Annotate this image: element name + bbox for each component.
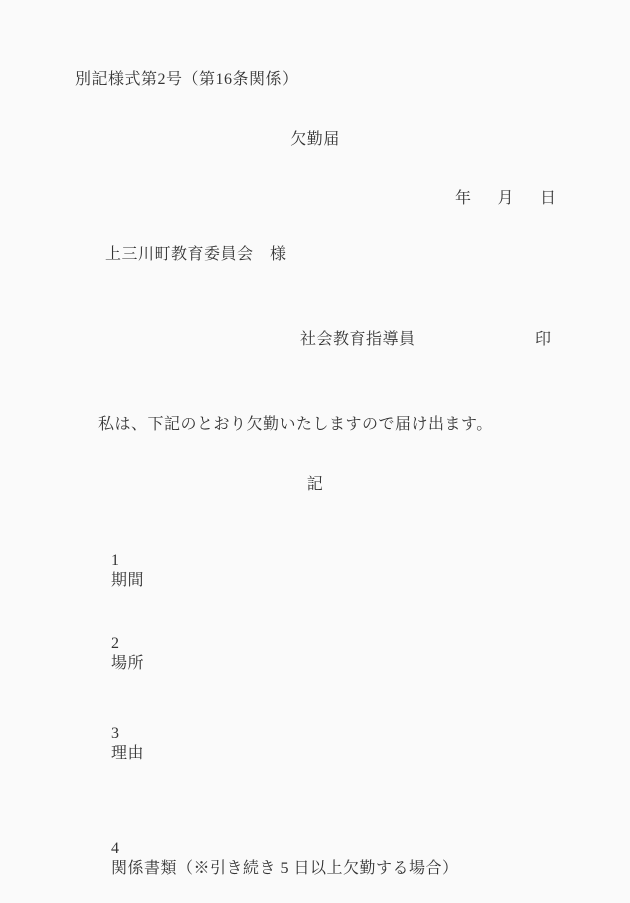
seal-placeholder: 印 <box>535 330 552 350</box>
item-number: 4 <box>111 839 136 859</box>
list-marker: 記 <box>0 475 630 495</box>
date-month-label: 月 <box>498 189 515 209</box>
signer-title: 社会教育指導員 <box>300 330 416 350</box>
absence-report-form-page: 別記様式第2号（第16条関係） 欠勤届 年 月 日 上三川町教育委員会 様 社会… <box>0 0 630 903</box>
date-day-label: 日 <box>540 189 557 209</box>
item-label: 期間 <box>111 572 144 589</box>
list-item-reason: 3 理由 <box>93 704 144 784</box>
date-year-label: 年 <box>455 189 472 209</box>
item-number: 2 <box>111 634 136 654</box>
form-title: 欠勤届 <box>0 130 630 150</box>
addressee: 上三川町教育委員会 様 <box>105 245 287 265</box>
date-line: 年 月 日 <box>455 189 557 209</box>
form-reference: 別記様式第2号（第16条関係） <box>75 70 299 90</box>
item-number: 1 <box>111 551 136 571</box>
body-text: 私は、下記のとおり欠勤いたしますので届け出ます。 <box>98 415 493 435</box>
item-number: 3 <box>111 724 136 744</box>
item-label: 場所 <box>111 655 144 672</box>
item-label: 理由 <box>111 745 144 762</box>
list-item-related-documents: 4 関係書類（※引き続き 5 日以上欠勤する場合） <box>93 819 459 899</box>
item-label: 関係書類（※引き続き 5 日以上欠勤する場合） <box>111 860 459 877</box>
list-item-period: 1 期間 <box>93 531 144 611</box>
list-item-place: 2 場所 <box>93 614 144 694</box>
